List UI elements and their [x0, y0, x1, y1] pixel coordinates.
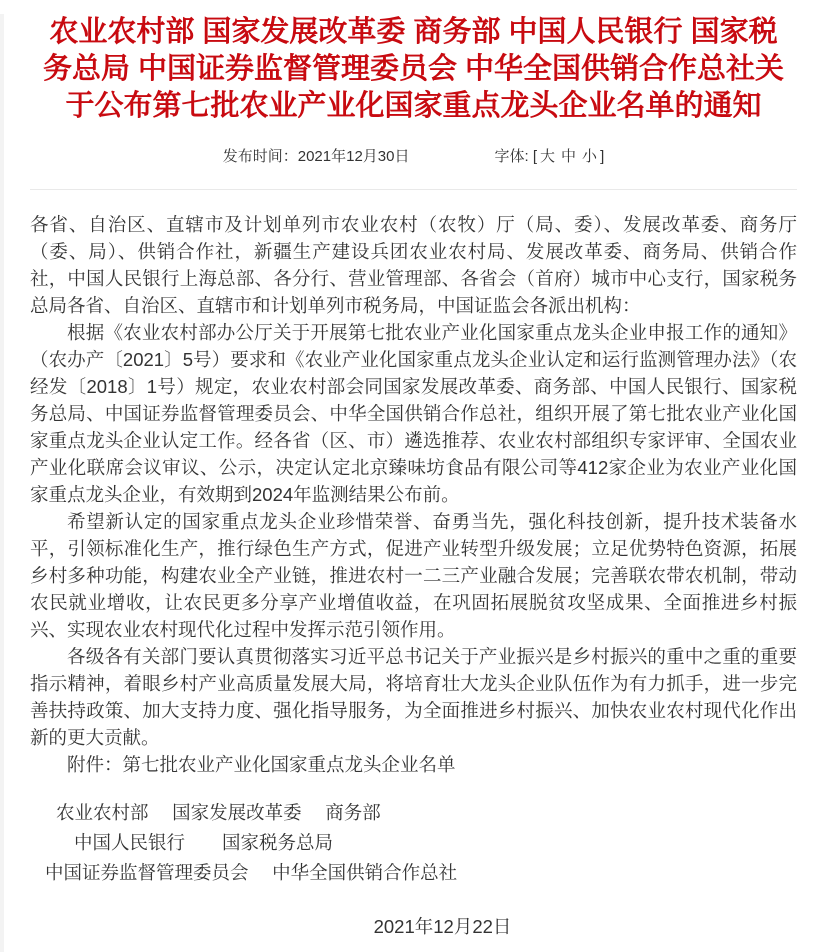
font-size-medium-link[interactable]: 中	[561, 148, 576, 165]
meta-row: 发布时间：2021年12月30日 字体: [大中小]	[30, 145, 797, 166]
paragraph-basis: 根据《农业农村部办公厅关于开展第七批农业产业化国家重点龙头企业申报工作的通知》（…	[30, 319, 797, 508]
signature-line-2: 中国人民银行 国家税务总局	[30, 828, 797, 858]
font-size-small-link[interactable]: 小	[582, 148, 597, 165]
font-size-large-link[interactable]: 大	[540, 148, 555, 165]
signature-block: 农业农村部 国家发展改革委 商务部 中国人民银行 国家税务总局 中国证券监督管理…	[30, 798, 797, 942]
signature-date: 2021年12月22日	[30, 912, 797, 942]
signature-line-3: 中国证券监督管理委员会 中华全国供销合作总社	[30, 858, 797, 888]
paragraph-expectations: 希望新认定的国家重点龙头企业珍惜荣誉、奋勇当先，强化科技创新，提升技术装备水平，…	[30, 508, 797, 643]
notice-body: 各省、自治区、直辖市及计划单列市农业农村（农牧）厅（局、委）、发展改革委、商务厅…	[30, 211, 797, 778]
paragraph-recipients: 各省、自治区、直辖市及计划单列市农业农村（农牧）厅（局、委）、发展改革委、商务厅…	[30, 211, 797, 319]
page-left-edge	[0, 14, 4, 952]
attachment-line: 附件：第七批农业产业化国家重点龙头企业名单	[30, 751, 797, 778]
paragraph-requirements: 各级各有关部门要认真贯彻落实习近平总书记关于产业振兴是乡村振兴的重中之重的重要指…	[30, 643, 797, 751]
publish-time: 发布时间：2021年12月30日	[223, 145, 410, 166]
signature-line-1: 农业农村部 国家发展改革委 商务部	[30, 798, 797, 828]
notice-page: 农业农村部 国家发展改革委 商务部 中国人民银行 国家税务总局 中国证券监督管理…	[0, 14, 825, 952]
font-size-label: 字体:	[495, 148, 533, 165]
font-size-bracket-open: [	[533, 148, 537, 165]
title-separator	[30, 189, 797, 190]
notice-title: 农业农村部 国家发展改革委 商务部 中国人民银行 国家税务总局 中国证券监督管理…	[30, 14, 797, 125]
font-size-selector: 字体: [大中小]	[495, 145, 605, 166]
font-size-bracket-close: ]	[600, 148, 604, 165]
